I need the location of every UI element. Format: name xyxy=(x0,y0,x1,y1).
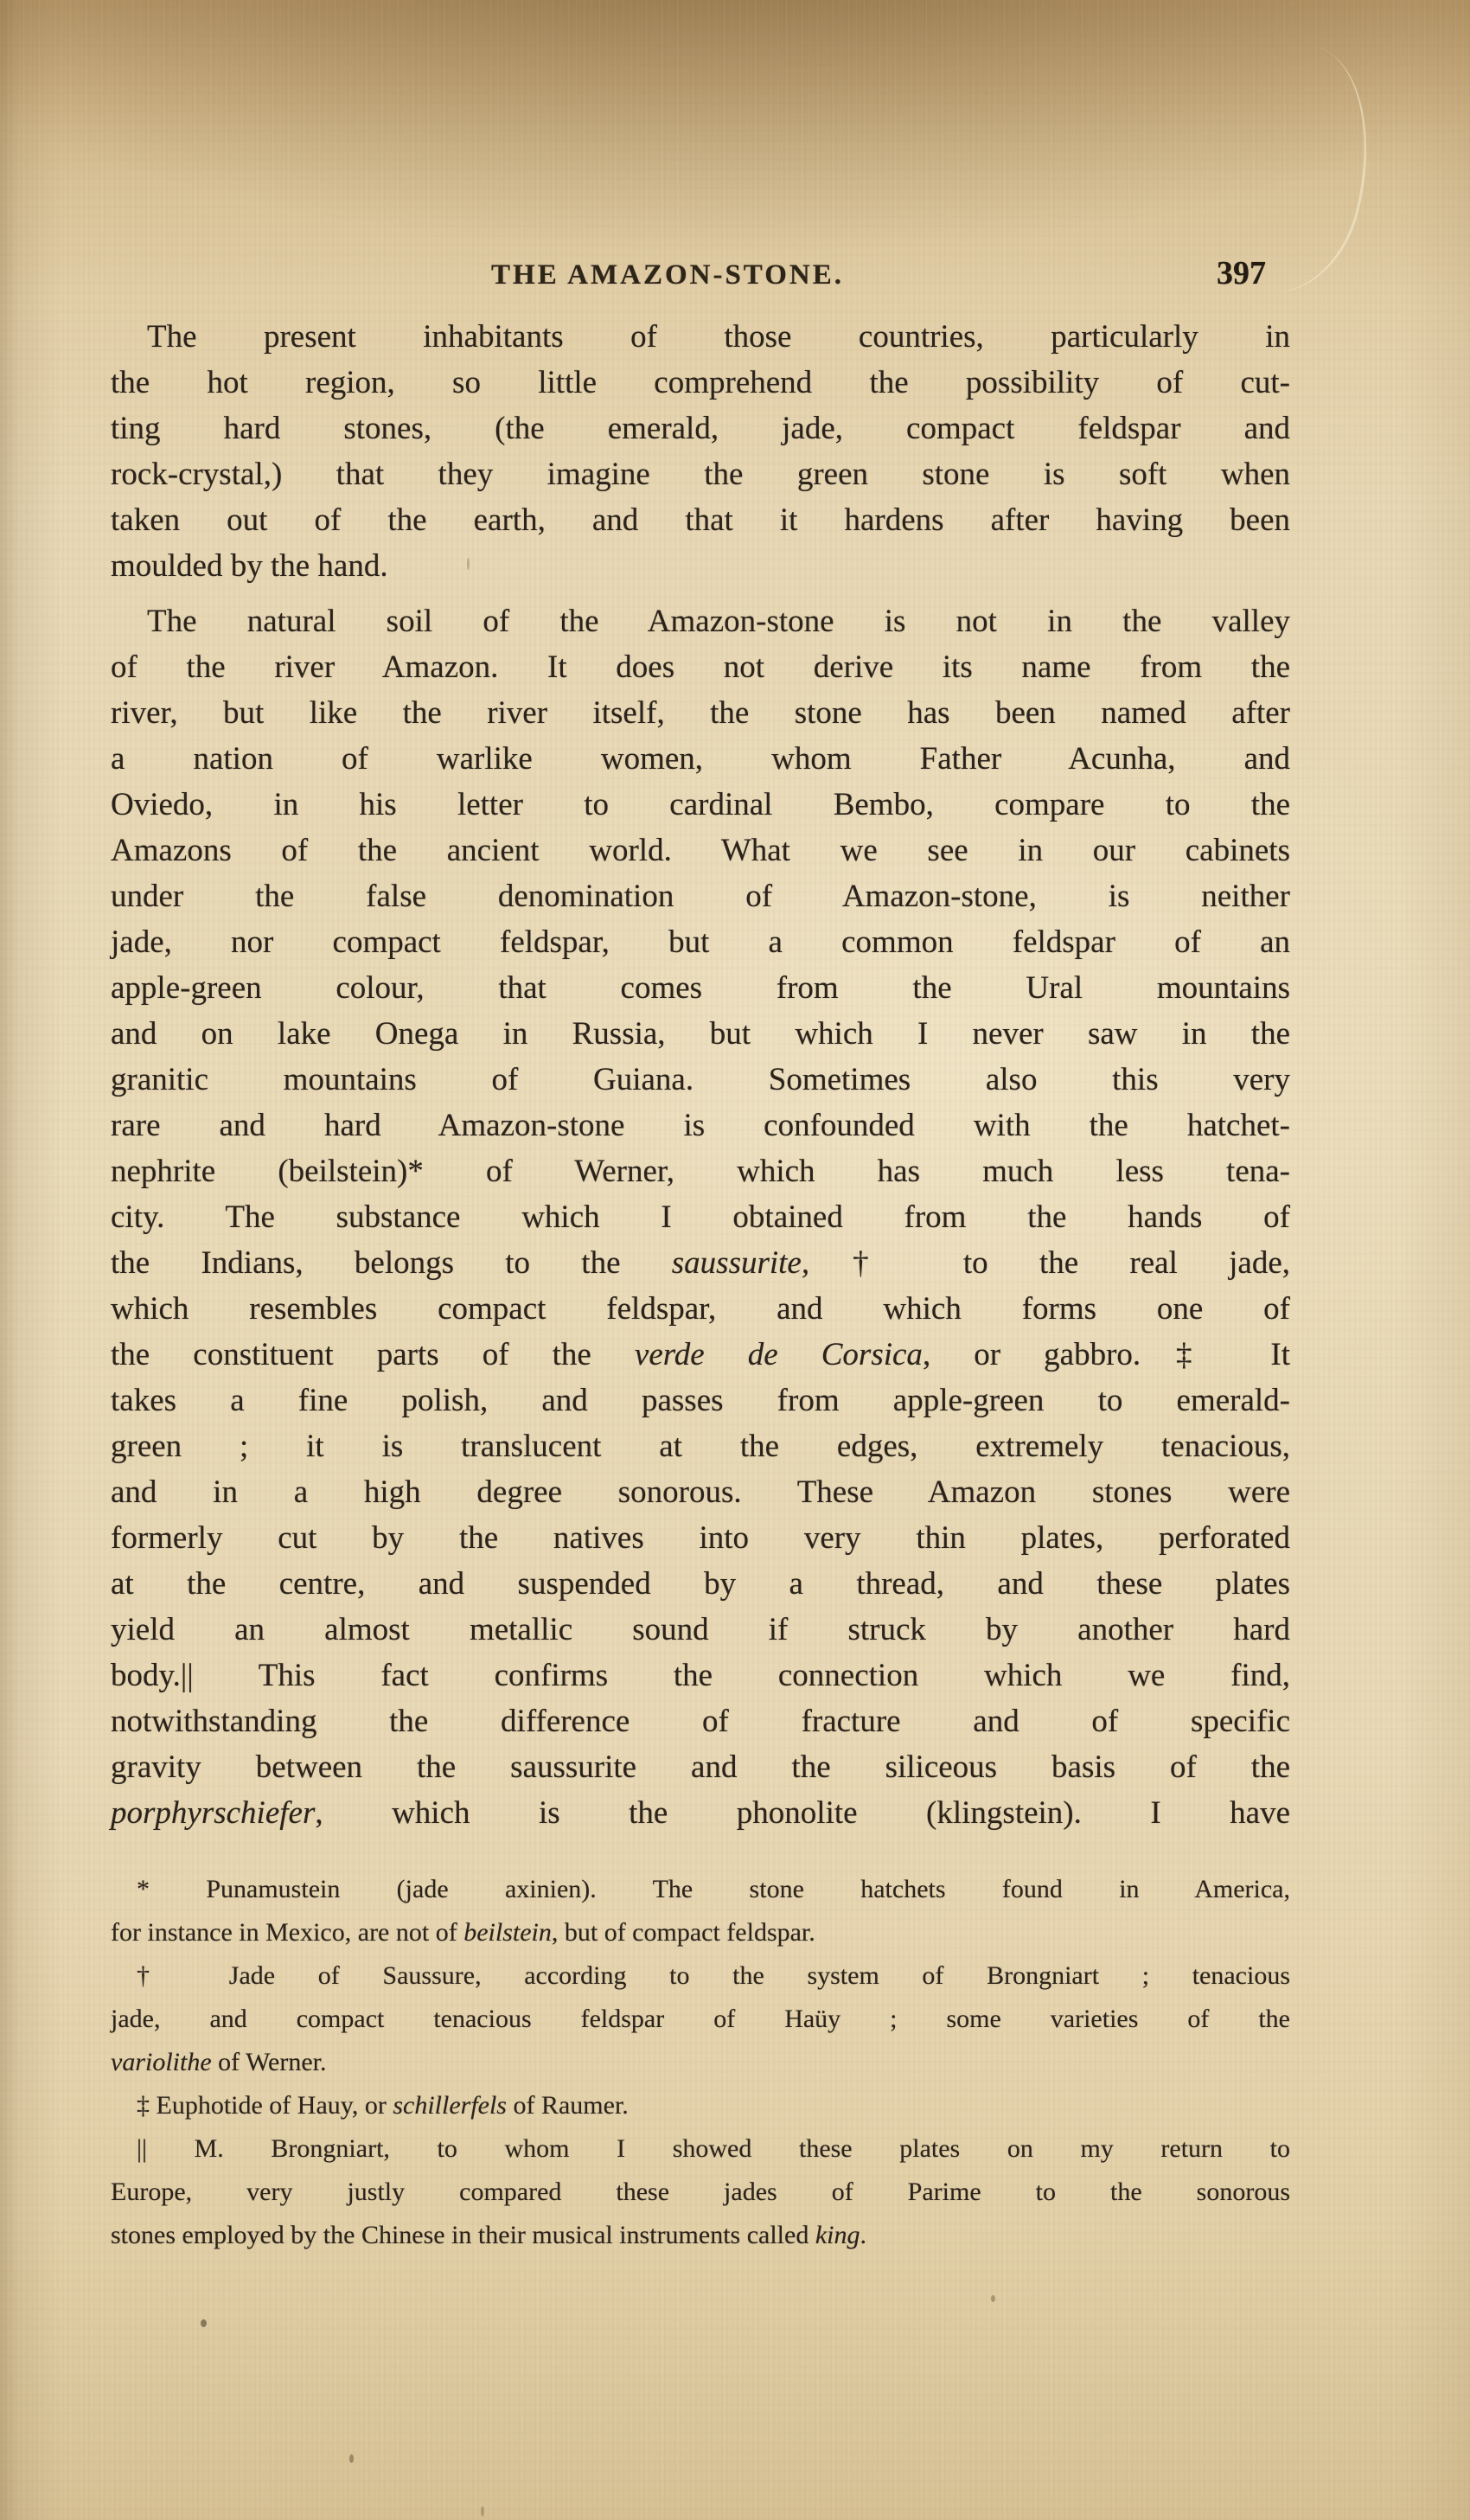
text-line: moulded by the hand. xyxy=(111,543,1290,589)
text-line: which resembles compact feldspar, and wh… xyxy=(111,1286,1290,1332)
text-line: river, but like the river itself, the st… xyxy=(111,690,1290,736)
text-line: under the false denomination of Amazon-s… xyxy=(111,873,1290,919)
footnote-line: || M. Brongniart, to whom I showed these… xyxy=(111,2127,1290,2171)
text-line: The present inhabitants of those countri… xyxy=(111,314,1290,360)
footnote-line: ‡ Euphotide of Hauy, or schillerfels of … xyxy=(111,2084,1290,2127)
text-line: and in a high degree sonorous. These Ama… xyxy=(111,1469,1290,1515)
paper-speck xyxy=(991,2295,995,2302)
text-line: granitic mountains of Guiana. Sometimes … xyxy=(111,1057,1290,1103)
text-line: Amazons of the ancient world. What we se… xyxy=(111,828,1290,873)
text-line: at the centre, and suspended by a thread… xyxy=(111,1561,1290,1607)
footnote-line: jade, and compact tenacious feldspar of … xyxy=(111,1998,1290,2041)
footnote-3: ‡ Euphotide of Hauy, or schillerfels of … xyxy=(111,2084,1290,2127)
footnotes-block: * Punamustein (jade axinien). The stone … xyxy=(111,1868,1290,2257)
text-line: the Indians, belongs to the saussurite,†… xyxy=(111,1240,1290,1286)
text-line: city. The substance which I obtained fro… xyxy=(111,1194,1290,1240)
footnote-line: for instance in Mexico, are not of beils… xyxy=(111,1911,1290,1954)
footnote-2: † Jade of Saussure, according to the sys… xyxy=(111,1954,1290,2084)
text-line: and on lake Onega in Russia, but which I… xyxy=(111,1011,1290,1057)
text-line: notwithstanding the difference of fractu… xyxy=(111,1698,1290,1744)
page-header: THE AMAZON-STONE. 397 xyxy=(111,259,1290,311)
footnote-line: Europe, very justly compared these jades… xyxy=(111,2171,1290,2214)
text-line: Oviedo, in his letter to cardinal Bembo,… xyxy=(111,782,1290,828)
paper-speck xyxy=(349,2454,354,2463)
footnote-line: stones employed by the Chinese in their … xyxy=(111,2214,1290,2257)
paragraph-2: The natural soil of the Amazon-stone is … xyxy=(111,598,1290,1836)
footnote-4: || M. Brongniart, to whom I showed these… xyxy=(111,2127,1290,2257)
text-line: body.|| This fact confirms the connectio… xyxy=(111,1653,1290,1698)
page-number: 397 xyxy=(1217,254,1266,292)
footnote-line: * Punamustein (jade axinien). The stone … xyxy=(111,1868,1290,1911)
book-page: THE AMAZON-STONE. 397 The present inhabi… xyxy=(0,0,1470,2520)
text-line: ting hard stones, (the emerald, jade, co… xyxy=(111,406,1290,451)
text-line: rock-crystal,) that they imagine the gre… xyxy=(111,451,1290,497)
footnote-line: † Jade of Saussure, according to the sys… xyxy=(111,1954,1290,1998)
text-line: of the river Amazon. It does not derive … xyxy=(111,644,1290,690)
text-line: The natural soil of the Amazon-stone is … xyxy=(111,598,1290,644)
text-line: jade, nor compact feldspar, but a common… xyxy=(111,919,1290,965)
text-line: apple-green colour, that comes from the … xyxy=(111,965,1290,1011)
footnote-1: * Punamustein (jade axinien). The stone … xyxy=(111,1868,1290,1954)
paragraph-1: The present inhabitants of those countri… xyxy=(111,314,1290,589)
text-line: the hot region, so little comprehend the… xyxy=(111,360,1290,406)
text-line: the constituent parts of the verde de Co… xyxy=(111,1332,1290,1378)
paper-speck xyxy=(201,2319,207,2327)
text-line: formerly cut by the natives into very th… xyxy=(111,1515,1290,1561)
running-title: THE AMAZON-STONE. xyxy=(78,259,1257,291)
text-line: taken out of the earth, and that it hard… xyxy=(111,497,1290,543)
text-line: gravity between the saussurite and the s… xyxy=(111,1744,1290,1790)
text-line: green ; it is translucent at the edges, … xyxy=(111,1423,1290,1469)
paper-speck xyxy=(481,2506,484,2517)
text-line: takes a fine polish, and passes from app… xyxy=(111,1378,1290,1423)
text-line: porphyrschiefer, which is the phonolite … xyxy=(111,1790,1290,1836)
footnote-line: variolithe of Werner. xyxy=(111,2041,1290,2084)
text-line: nephrite (beilstein)* of Werner, which h… xyxy=(111,1148,1290,1194)
text-line: rare and hard Amazon-stone is confounded… xyxy=(111,1103,1290,1148)
page-body: The present inhabitants of those countri… xyxy=(111,314,1290,1836)
text-line: a nation of warlike women, whom Father A… xyxy=(111,736,1290,782)
text-line: yield an almost metallic sound if struck… xyxy=(111,1607,1290,1653)
